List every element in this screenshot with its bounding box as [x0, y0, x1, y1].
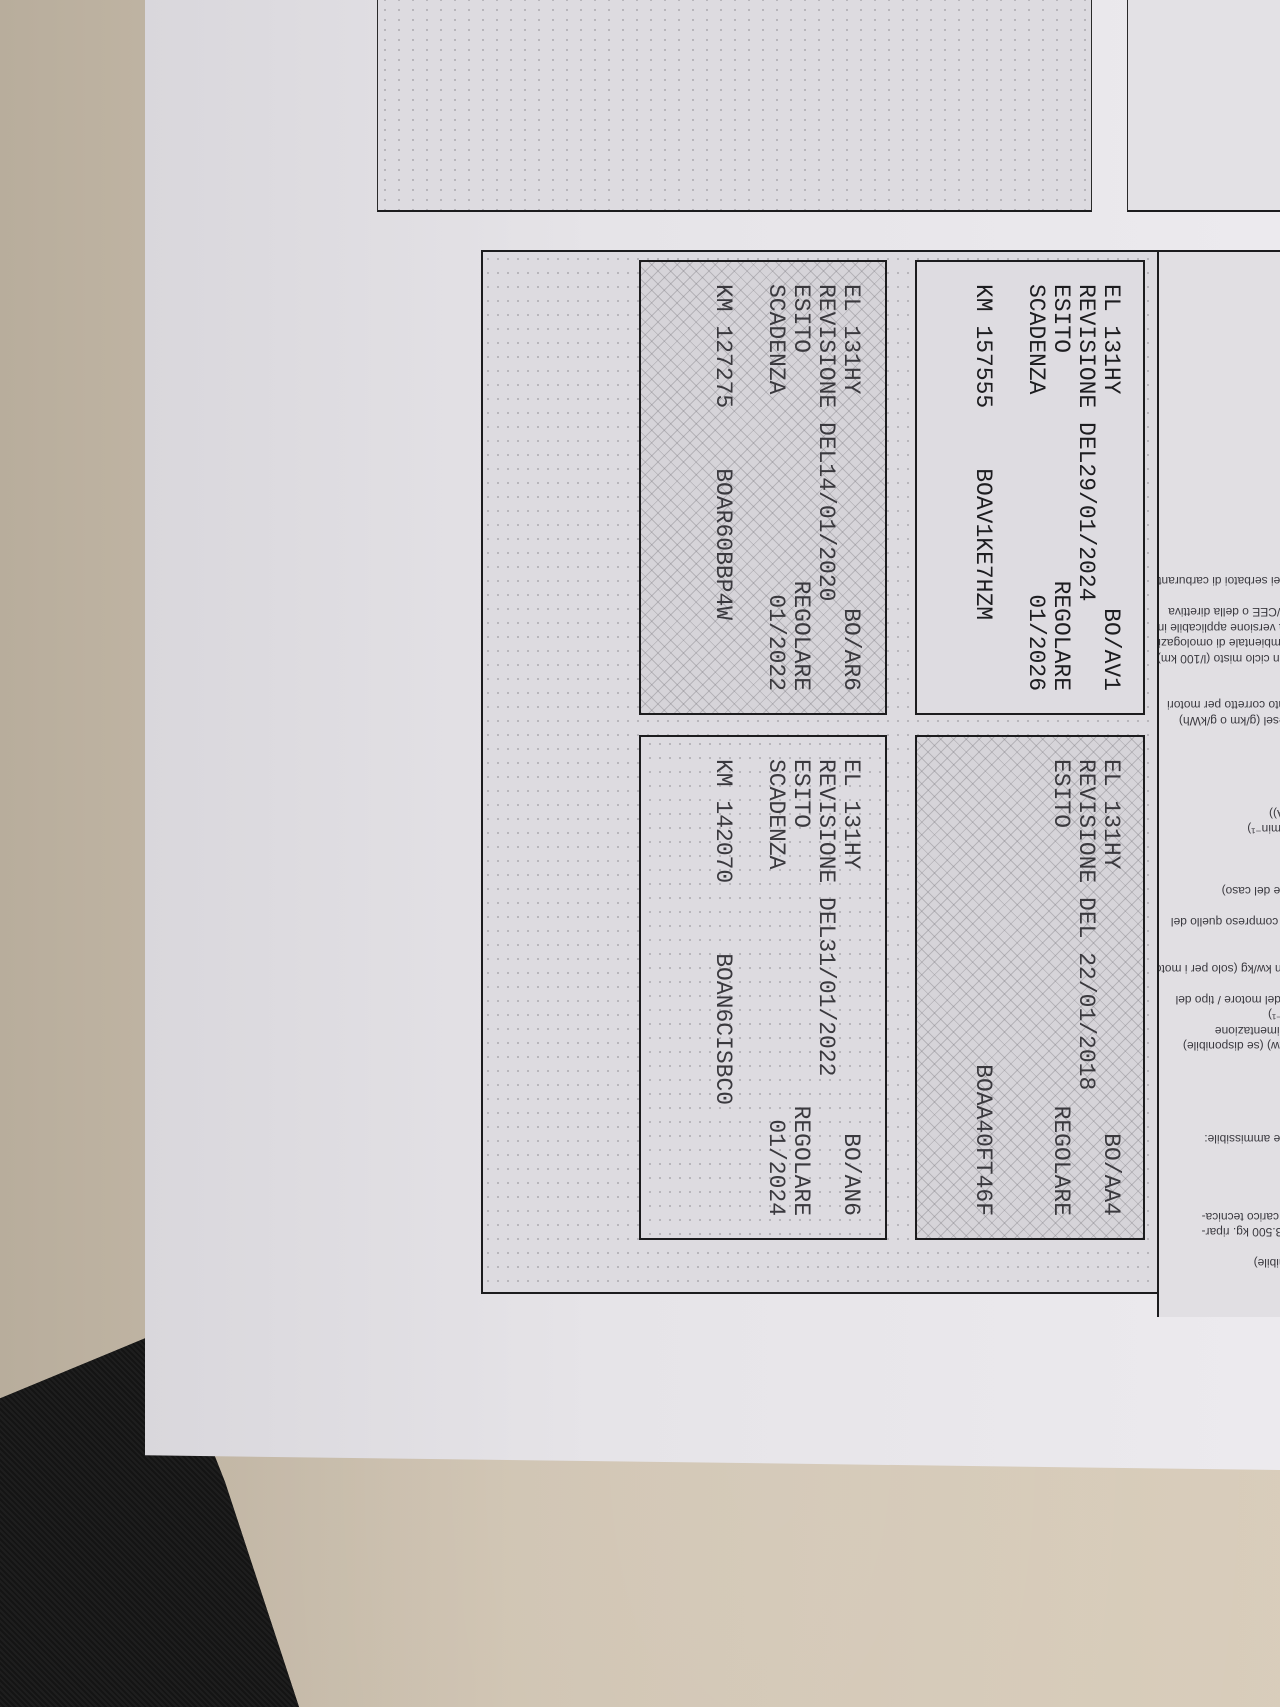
protocol-code: BOAA40FT46F — [970, 1064, 995, 1216]
scadenza-label: SCADENZA — [1023, 284, 1048, 394]
blank-box-upper-left — [377, 0, 1092, 212]
legend-line: CO₂ (g/km) — [1157, 666, 1280, 682]
legend-line: capacità del serbatoio o dei serbatoi di… — [1157, 573, 1280, 589]
legend-line: (se del caso — [1157, 1178, 1280, 1194]
plate-code: EL 131HY — [838, 759, 863, 869]
scadenza-label: SCADENZA — [763, 284, 788, 394]
revision-box-2018: EL 131HYBO/AA4 REVISIONE DEL 22/01/2018 … — [915, 735, 1145, 1240]
registration-document-page: REVISIONI (Art. 80 del D.L.vo 30-4-1992 … — [145, 0, 1280, 1470]
legend-line: ne CE: dichiara recante la versione appl… — [1157, 620, 1280, 636]
protocol-code: BOAN6CISBC0 — [710, 953, 735, 1105]
legend-line: emissioni gas di scarico: — [1157, 790, 1280, 806]
office-code: BO/AR6 — [838, 608, 863, 691]
km-label: KM — [970, 284, 996, 312]
revisions-section: REVISIONI (Art. 80 del D.L.vo 30-4-1992 … — [165, 250, 1205, 1310]
office-code: BO/AV1 — [1098, 608, 1123, 691]
km-label: KM — [710, 759, 736, 787]
legend-line: da veicolo fermo (dB(A)) — [1157, 837, 1280, 853]
plate-code: EL 131HY — [838, 284, 863, 394]
esito-label: ESITO — [788, 759, 813, 828]
km-label: KM — [710, 284, 736, 312]
legend-line: indicazione della classe ambientale di o… — [1157, 635, 1280, 651]
legend-line: coefficiente di assorbimento corretto pe… — [1157, 697, 1280, 713]
revision-box-2024: EL 131HYBO/AV1 REVISIONE DEL29/01/2024 E… — [915, 260, 1145, 715]
legend-line: Massa totale superiore a 3.500 kg. ripar… — [1157, 1224, 1280, 1240]
plate-code: EL 131HY — [1098, 759, 1123, 869]
legend-line: numero di posti a sedere, compreso quell… — [1157, 914, 1280, 930]
legend-line: NOx (g/km o g/kWh) — [1157, 744, 1280, 760]
legend-line — [1157, 1193, 1280, 1209]
legend-line: velocità massima (km/h) — [1157, 868, 1280, 884]
office-code: BO/AN6 — [838, 1133, 863, 1216]
esito-value: REGOLARE — [1048, 1106, 1073, 1216]
legend-line: tizione massa massima a carico tecnica- — [1157, 1209, 1280, 1225]
revision-box-2020: EL 131HYBO/AR6 REVISIONE DEL14/01/2020 E… — [639, 260, 887, 715]
scadenza-value: 01/2026 — [1023, 594, 1048, 691]
legend-line: 88/77/CEE — [1157, 589, 1280, 605]
legend-line: CO (g/km o g/kWh) — [1157, 775, 1280, 791]
legend-line: posti a sedere — [1157, 930, 1280, 946]
legend-line: Codice del tipo (se disponibile) — [1157, 1255, 1280, 1271]
revision-date: REVISIONE DEL 22/01/2018 — [1073, 759, 1098, 1090]
legend-line: livello sonoro — [1157, 852, 1280, 868]
office-code: BO/AA4 — [1098, 1133, 1123, 1216]
legend-line: frenato (kg) — [1157, 1100, 1280, 1116]
revision-date: REVISIONE DEL31/01/2022 — [813, 759, 838, 1076]
legend-line: tipo di combustibile o di alimentazione — [1157, 1023, 1280, 1039]
esito-label: ESITO — [1048, 284, 1073, 353]
legend-line: (se del caso — [1157, 1147, 1280, 1163]
legend-line: regime nominale (giri/min⁻¹) — [1157, 1007, 1280, 1023]
esito-value: REGOLARE — [788, 1106, 813, 1216]
legend-line: particolato per i motori diesel (g/km o … — [1157, 713, 1280, 729]
plate-code: EL 131HY — [1098, 284, 1123, 394]
km-value: 157555 — [970, 325, 996, 408]
legend-line: (se del caso — [1157, 1162, 1280, 1178]
scadenza-value: 01/2022 — [763, 594, 788, 691]
legend-line: del rimorchio tecnicamente ammissibile: — [1157, 1131, 1280, 1147]
legend-lines: Codice del tipo (se disponibile) Massa t… — [1157, 573, 1280, 1271]
legend-line — [1157, 1116, 1280, 1132]
legend-line: diesel (giri/min⁻¹) — [1157, 682, 1280, 698]
legend-line — [1157, 1069, 1280, 1085]
esito-label: ESITO — [788, 284, 813, 353]
legend-line: HC (g/km o g/kWh) — [1157, 759, 1280, 775]
legend-line: consumo di combustibile in ciclo misto (… — [1157, 651, 1280, 667]
legend-line: non frenato (kg) — [1157, 1085, 1280, 1101]
legend-line: cilindrata (cm³) — [1157, 1054, 1280, 1070]
harmonized-codes-legend: ARMONIZZATI Codice del tipo (se disponib… — [1157, 250, 1280, 1317]
legend-line — [1157, 945, 1280, 961]
scadenza-value: 01/2024 — [763, 1119, 788, 1216]
blank-box-upper-right — [1127, 0, 1280, 212]
esito-label: ESITO — [1048, 759, 1073, 828]
km-value: 142070 — [710, 800, 736, 883]
protocol-code: BOAV1KE7HZM — [970, 468, 995, 620]
esito-value: REGOLARE — [788, 581, 813, 691]
legend-line — [1157, 1240, 1280, 1256]
legend-text-upside-down: ARMONIZZATI Codice del tipo (se disponib… — [1157, 573, 1280, 1304]
legend-line: motore — [1157, 976, 1280, 992]
legend-line: da veicolo in marcia (dB(A)) — [1157, 806, 1280, 822]
scadenza-label: SCADENZA — [763, 759, 788, 869]
revision-date: REVISIONE DEL14/01/2020 — [813, 284, 838, 601]
km-value: 127275 — [710, 325, 736, 408]
esito-value: REGOLARE — [1048, 581, 1073, 691]
legend-line: potenza netta massima (kw) (se disponibi… — [1157, 1038, 1280, 1054]
legend-line: numero di identificazione del motore / t… — [1157, 992, 1280, 1008]
legend-line: rapporto potenza/massa in kw/kg (solo pe… — [1157, 961, 1280, 977]
revision-box-2022: EL 131HYBO/AN6 REVISIONE DEL31/01/2022 E… — [639, 735, 887, 1240]
protocol-code: BOAR60BBP4W — [710, 468, 735, 620]
revision-date: REVISIONE DEL29/01/2024 — [1073, 284, 1098, 601]
legend-line: conducente — [1157, 899, 1280, 915]
legend-line: al regime del motore (giri/min⁻¹) — [1157, 821, 1280, 837]
legend-line: HC + NOx (g/km) — [1157, 728, 1280, 744]
legend-line: numero di posti in piedi (se del caso) — [1157, 883, 1280, 899]
legend-line: virtù della direttiva 70/220/CEE o della… — [1157, 604, 1280, 620]
